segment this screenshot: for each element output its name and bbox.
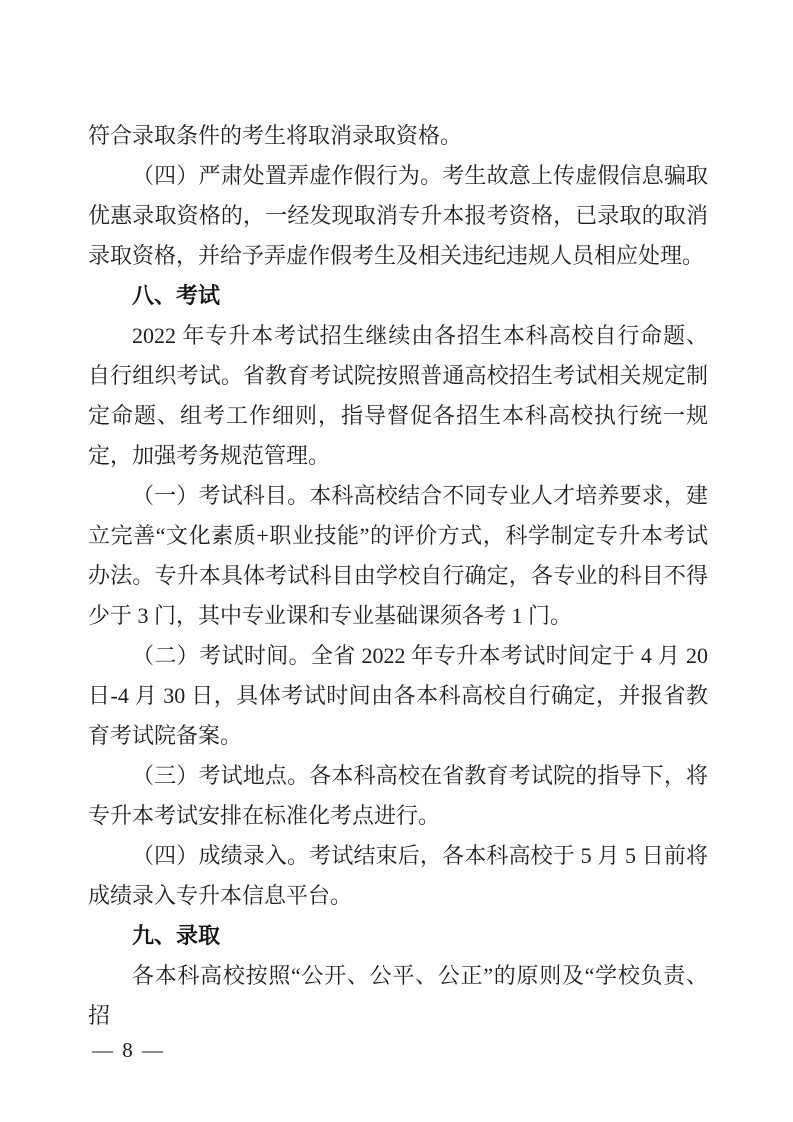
page-footer: — 8 — (92, 1036, 165, 1064)
section-heading-admission: 九、录取 (88, 916, 708, 956)
document-page: 符合录取条件的考生将取消录取资格。 （四）严肃处置弄虚作假行为。考生故意上传虚假… (0, 0, 793, 1122)
paragraph-admission-principles: 各本科高校按照“公开、公平、公正”的原则及“学校负责、招 (88, 956, 708, 1036)
paragraph-exam-time: （二）考试时间。全省 2022 年专升本考试时间定于 4 月 20 日-4 月 … (88, 636, 708, 756)
paragraph-continuation: 符合录取条件的考生将取消录取资格。 (88, 116, 708, 156)
paragraph-score-entry: （四）成绩录入。考试结束后，各本科高校于 5 月 5 日前将成绩录入专升本信息平… (88, 836, 708, 916)
document-body: 符合录取条件的考生将取消录取资格。 （四）严肃处置弄虚作假行为。考生故意上传虚假… (88, 116, 708, 1036)
paragraph-exam-subjects: （一）考试科目。本科高校结合不同专业人才培养要求，建立完善“文化素质+职业技能”… (88, 476, 708, 636)
paragraph-fraud-handling: （四）严肃处置弄虚作假行为。考生故意上传虚假信息骗取优惠录取资格的，一经发现取消… (88, 156, 708, 276)
paragraph-exam-organization: 2022 年专升本考试招生继续由各招生本科高校自行命题、自行组织考试。省教育考试… (88, 316, 708, 476)
section-heading-exam: 八、考试 (88, 276, 708, 316)
page-number: — 8 — (92, 1038, 165, 1062)
paragraph-exam-location: （三）考试地点。各本科高校在省教育考试院的指导下，将专升本考试安排在标准化考点进… (88, 756, 708, 836)
